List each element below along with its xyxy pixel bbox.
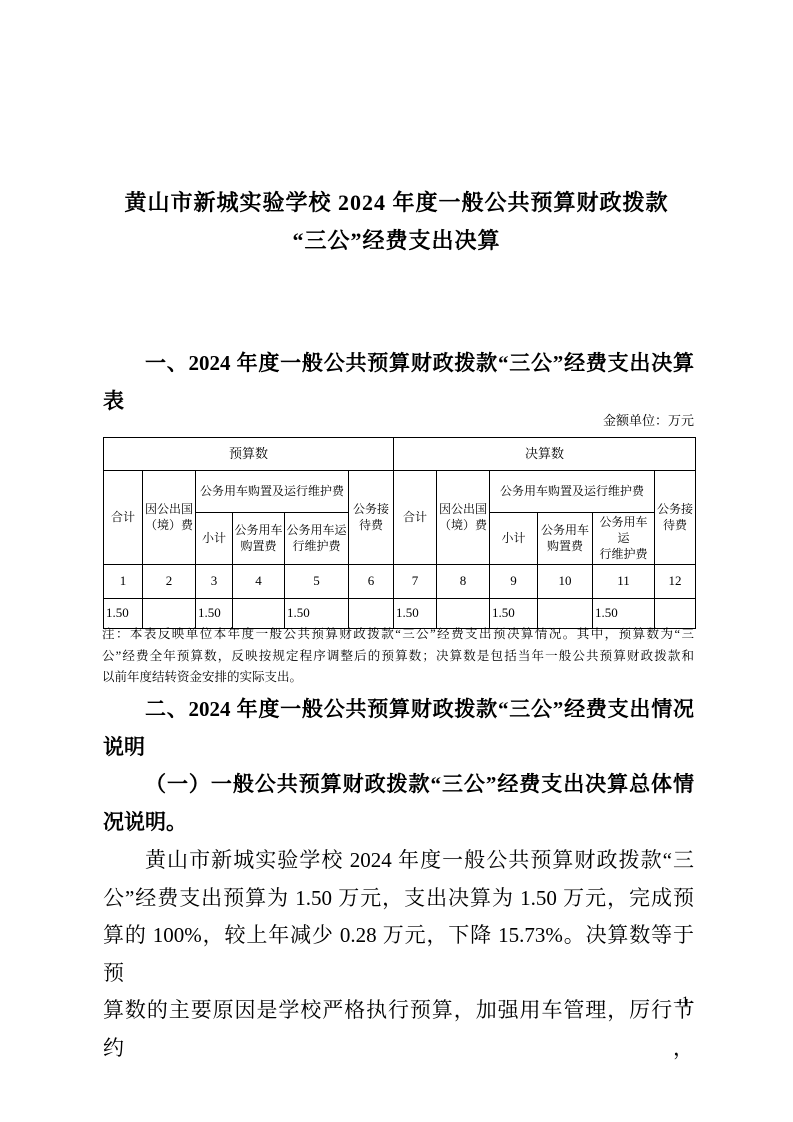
column-number-cell-12: 12 xyxy=(655,564,696,598)
final-col-header-purchase: 公务用车 购置费 xyxy=(538,513,593,565)
page-number: -1- xyxy=(103,994,694,1011)
section-2-1-subheading: （一）一般公共预算财政拨款“三公”经费支出决算总体情 况说明。 xyxy=(103,766,694,841)
final-col-header-abroad: 因公出国 （境）费 xyxy=(437,471,490,565)
section-2-1-subheading-line-1: （一）一般公共预算财政拨款“三公”经费支出决算总体情 xyxy=(103,766,694,804)
budget-col-header-abroad: 因公出国 （境）费 xyxy=(143,471,196,565)
section-2-heading-line-1: 二、2024 年度一般公共预算财政拨款“三公”经费支出情况 xyxy=(103,691,694,729)
column-number-cell-8: 8 xyxy=(437,564,490,598)
section-2-heading-line-2: 说明 xyxy=(103,729,694,767)
column-number-cell-10: 10 xyxy=(538,564,593,598)
table-note-line-1: 注：本表反映单位本年度一般公共预算财政拨款“三公”经费支出预决算情况。其中，预算… xyxy=(102,624,694,646)
column-number-cell-4: 4 xyxy=(233,564,285,598)
document-page: 黄山市新城实验学校 2024 年度一般公共预算财政拨款 “三公”经费支出决算 一… xyxy=(0,0,793,1122)
budget-col-header-reception: 公务接 待费 xyxy=(349,471,394,565)
final-col-header-maintenance: 公务用车运 行维护费 xyxy=(593,513,655,565)
column-number-cell-7: 7 xyxy=(394,564,437,598)
table-header-row-1: 合计 因公出国 （境）费 公务用车购置及运行维护费 公务接 待费 合计 因公出国… xyxy=(104,471,696,513)
column-number-cell-6: 6 xyxy=(349,564,394,598)
column-number-cell-2: 2 xyxy=(143,564,196,598)
column-number-cell-9: 9 xyxy=(490,564,538,598)
group-header-final: 决算数 xyxy=(394,438,696,471)
group-header-budget: 预算数 xyxy=(104,438,394,471)
body-paragraph: 黄山市新城实验学校 2024 年度一般公共预算财政拨款“三 公”经费支出预算为 … xyxy=(103,842,694,1067)
table-column-number-row: 1 2 3 4 5 6 7 8 9 10 11 12 xyxy=(104,564,696,598)
final-col-header-vehicle-group: 公务用车购置及运行维护费 xyxy=(490,471,655,513)
final-col-header-subtotal: 小计 xyxy=(490,513,538,565)
budget-col-header-subtotal: 小计 xyxy=(196,513,233,565)
amount-unit-note: 金额单位：万元 xyxy=(103,410,694,429)
title-line-2: “三公”经费支出决算 xyxy=(0,222,793,260)
final-col-header-reception: 公务接 待费 xyxy=(655,471,696,565)
budget-col-header-purchase: 公务用车 购置费 xyxy=(233,513,285,565)
section-1-heading-line-1: 一、2024 年度一般公共预算财政拨款“三公”经费支出决算 xyxy=(103,345,694,383)
budget-col-header-total: 合计 xyxy=(104,471,143,565)
section-2-1-subheading-line-2: 况说明。 xyxy=(103,804,694,842)
column-number-cell-1: 1 xyxy=(104,564,143,598)
body-paragraph-line-1: 黄山市新城实验学校 2024 年度一般公共预算财政拨款“三 xyxy=(103,842,694,880)
budget-col-header-vehicle-group: 公务用车购置及运行维护费 xyxy=(196,471,349,513)
table-note: 注：本表反映单位本年度一般公共预算财政拨款“三公”经费支出预决算情况。其中，预算… xyxy=(102,624,694,689)
table-note-line-3: 以前年度结转资金安排的实际支出。 xyxy=(102,667,694,689)
title-line-1: 黄山市新城实验学校 2024 年度一般公共预算财政拨款 xyxy=(0,184,793,222)
column-number-cell-3: 3 xyxy=(196,564,233,598)
final-col-header-total: 合计 xyxy=(394,471,437,565)
section-1-heading: 一、2024 年度一般公共预算财政拨款“三公”经费支出决算 表 xyxy=(103,345,694,420)
document-title: 黄山市新城实验学校 2024 年度一般公共预算财政拨款 “三公”经费支出决算 xyxy=(0,184,793,260)
table-note-line-2: 公”经费全年预算数，反映按规定程序调整后的预算数；决算数是包括当年一般公共预算财… xyxy=(102,646,694,668)
body-paragraph-line-3: 算的 100%，较上年减少 0.28 万元，下降 15.73%。决算数等于预 xyxy=(103,917,694,992)
section-2-heading: 二、2024 年度一般公共预算财政拨款“三公”经费支出情况 说明 xyxy=(103,691,694,766)
budget-col-header-maintenance: 公务用车运 行维护费 xyxy=(285,513,349,565)
table-group-header-row: 预算数 决算数 xyxy=(104,438,696,471)
sangong-expense-table: 预算数 决算数 合计 因公出国 （境）费 公务用车购置及运行维护费 公务接 待费… xyxy=(103,437,696,629)
body-paragraph-line-2: 公”经费支出预算为 1.50 万元，支出决算为 1.50 万元，完成预 xyxy=(103,880,694,918)
column-number-cell-5: 5 xyxy=(285,564,349,598)
column-number-cell-11: 11 xyxy=(593,564,655,598)
